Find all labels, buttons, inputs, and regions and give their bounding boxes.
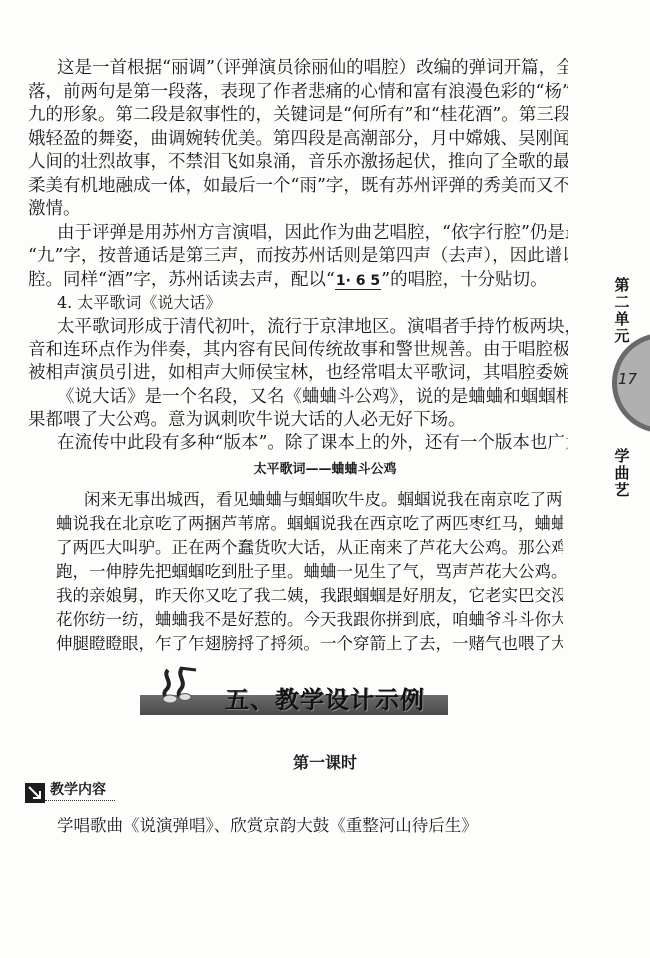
subject-label-char: 曲	[612, 465, 632, 482]
body-text-line: 被相声演员引进，如相声大师侯宝林，也经常唱太平歌词，其唱腔委婉跌宕，韵味浓郁。	[28, 362, 568, 384]
page-number: 17	[618, 370, 637, 388]
body-text-line: 娥轻盈的舞姿，曲调婉转优美。第四段是高潮部分，月中嫦娥、吴刚闻听“杨”“柳”在	[28, 128, 568, 150]
dotted-underline	[45, 800, 115, 801]
body-text-line: 果都喂了大公鸡。意为讽刺吹牛说大话的人必无好下场。	[28, 409, 568, 431]
poem-line: 伸腿瞪瞪眼，乍了乍翅膀捋了捋须。一个穿箭上了去，一赌气也喂了大公鸡。	[56, 633, 563, 655]
poem-line: 了两匹大叫驴。正在两个蠢货吹大话，从正南来了芦花大公鸡。那公鸡张开翅膀往前	[56, 537, 563, 559]
body-text-line: 这是一首根据“丽调”（评弹演员徐丽仙的唱腔）改编的弹词开篇，全曲可分四个段	[57, 57, 568, 79]
unit-label-char: 二	[612, 294, 632, 311]
body-text-line: 太平歌词形成于清代初叶，流行于京津地区。演唱者手持竹板两块，敲打出轻音、重	[57, 316, 568, 338]
section-label: 教学内容	[50, 779, 106, 799]
unit-label-char: 元	[612, 328, 632, 345]
text-segment: ”的唱腔，十分贴切。	[381, 270, 547, 290]
body-text-line: 柔美有机地融成一体，如最后一个“雨”字，既有苏州评弹的秀美而又不失澎湃的	[28, 175, 568, 197]
poem-line: 闲来无事出城西，看见蛐蛐与蝈蝈吹牛皮。蝈蝈说我在南京吃了两棵大柳树，蛐	[84, 489, 563, 511]
body-text-line: 激情。	[28, 198, 568, 220]
body-text-line: 腔。同样“酒”字，苏州话读去声，配以“1· 6 5”的唱腔，十分贴切。	[28, 269, 568, 291]
subheading: 4. 太平歌词《说大话》	[57, 292, 568, 314]
text-segment: 腔。同样“酒”字，苏州话读去声，配以“	[28, 270, 335, 290]
body-text-line: “九”字，按普通话是第三声，而按苏州话则是第四声（去声），因此谱以“3· 2”的…	[28, 245, 568, 267]
body-text-line: 人间的壮烈故事，不禁泪飞如泉涌，音乐亦激扬起伏，推向了全歌的最高点，此时激情与	[28, 151, 568, 173]
arrow-corner-icon	[25, 783, 45, 803]
body-text-line: 九的形象。第二段是叙事性的，关键词是“何所有”和“桂花酒”。第三段是描绘月中嫦	[28, 104, 568, 126]
subject-label-char: 学	[612, 448, 632, 465]
poem-line: 我的亲娘舅，昨天你又吃了我二姨，我跟蝈蝈是好朋友，它老实巴交没惹你。四两棉	[56, 585, 563, 607]
content-text: 学唱歌曲《说演弹唱》、欣赏京韵大鼓《重整河山待后生》	[57, 815, 478, 837]
lesson-title: 第一课时	[0, 750, 650, 773]
poem-title: 太平歌词——蛐蛐斗公鸡	[0, 458, 650, 477]
body-text-line: 由于评弹是用苏州方言演唱，因此作为曲艺唱腔，“依字行腔”仍是最重要的，例如	[57, 222, 568, 244]
section-title: 五、教学设计示例	[225, 680, 425, 715]
unit-label: 第 二 单 元	[612, 277, 632, 345]
body-text-line: 音和连环点作为伴奏，其内容有民间传统故事和警世规善。由于唱腔极为口语化，因此常	[28, 339, 568, 361]
subject-label: 学 曲 艺	[612, 448, 632, 499]
poem-line: 蛐说我在北京吃了两捆芦苇席。蝈蝈说我在西京吃了两匹枣红马，蛐蛐说我在东京吃	[56, 513, 563, 535]
poem-line: 跑，一伸脖先把蝈蝈吃到肚子里。蛐蛐一见生了气，骂声芦花大公鸡。在前天你吃了	[56, 561, 563, 583]
music-swirl-icon	[160, 666, 202, 706]
subject-label-char: 艺	[612, 482, 632, 499]
body-text-line: 在流传中此段有多种“版本”。除了课本上的外，还有一个版本也广为流传：	[57, 432, 568, 454]
body-text-line: 《说大话》是一个名段，又名《蛐蛐斗公鸡》，说的是蛐蛐和蝈蝈相互吹牛说大话，结	[57, 386, 568, 408]
poem-line: 花你纺一纺，蛐蛐我不是好惹的。今天我跟你拼到底，咱蛐爷斗斗你大公鸡。它伸了	[56, 609, 563, 631]
jianpu-notation: 1· 6 5	[335, 273, 381, 290]
unit-label-char: 单	[612, 311, 632, 328]
text-segment: “九”字，按普通话是第三声，而按苏州话则是第四声（去声），因此谱以“	[28, 246, 568, 266]
unit-label-char: 第	[612, 277, 632, 294]
body-text-line: 落，前两句是第一段落，表现了作者悲痛的心情和富有浪漫色彩的“杨”“柳”直上重霄	[28, 81, 568, 103]
